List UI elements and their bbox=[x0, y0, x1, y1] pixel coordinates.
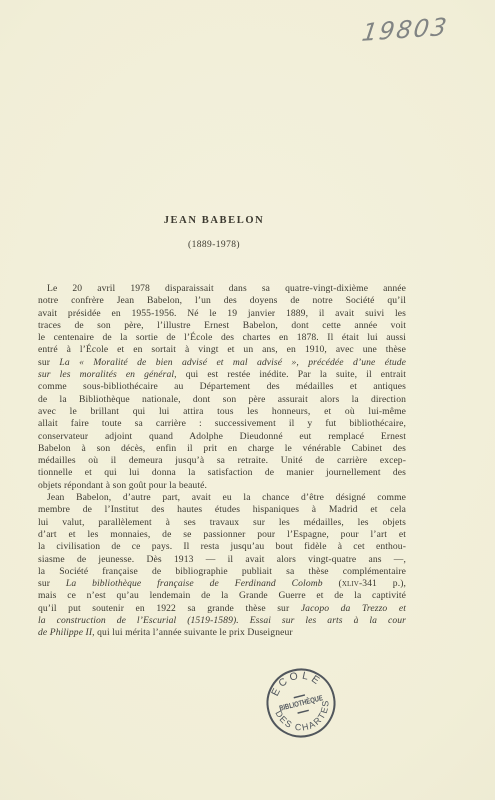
stamp-lower-dash bbox=[298, 710, 309, 713]
text-line: traces de son père, l’illustre Ernest Ba… bbox=[38, 320, 406, 332]
text-line: Babelon à son décès, enfin il prit en ch… bbox=[38, 443, 406, 455]
text-line: de Philippe II, qui lui mérita l’année s… bbox=[38, 627, 406, 639]
text-line: allait faire toute sa carrière : success… bbox=[38, 418, 406, 430]
scanned-page: 19803 JEAN BABELON (1889-1978) Le 20 avr… bbox=[0, 0, 495, 800]
text-line: sur La bibliothèque française de Ferdina… bbox=[38, 578, 406, 590]
inventory-number-handwritten: 19803 bbox=[360, 13, 444, 47]
text-line: la Société française de bibliographie pu… bbox=[38, 566, 406, 578]
article-title: JEAN BABELON bbox=[30, 215, 398, 226]
library-stamp: ECOLE BIBLIOTHÈQUE DES CHARTES bbox=[257, 659, 344, 746]
text-line: Jean Babelon, d’autre part, avait eu la … bbox=[38, 492, 406, 504]
text-line: lui valut, parallèlement à ses travaux s… bbox=[38, 517, 406, 529]
text-line: médailles où il demeura jusqu’à sa retra… bbox=[38, 455, 406, 467]
text-line: mais ce n’est qu’au lendemain de la Gran… bbox=[38, 590, 406, 602]
text-line: Le 20 avril 1978 disparaissait dans sa q… bbox=[38, 283, 406, 295]
text-line: comme sous-bibliothécaire au Département… bbox=[38, 381, 406, 393]
text-line: avait présidée en 1955-1956. Né le 19 ja… bbox=[38, 308, 406, 320]
text-line: notre confrère Jean Babelon, l’un des do… bbox=[38, 295, 406, 307]
text-line: conservateur adjoint quand Adolphe Dieud… bbox=[38, 431, 406, 443]
text-line: la construction de l’Escurial (1519-1589… bbox=[38, 615, 406, 627]
text-line: siasme de jeunesse. Dès 1913 — il avait … bbox=[38, 554, 406, 566]
article-body: Le 20 avril 1978 disparaissait dans sa q… bbox=[38, 283, 406, 640]
text-line: le centenaire de la sortie de l’École de… bbox=[38, 332, 406, 344]
text-line: sur les moralités en général, qui est re… bbox=[38, 369, 406, 381]
paragraph-2: Jean Babelon, d’autre part, avait eu la … bbox=[38, 492, 406, 640]
article-dates: (1889-1978) bbox=[30, 240, 398, 250]
text-line: d’art et les monnaies, de se passionner … bbox=[38, 529, 406, 541]
text-line: membre de l’Institut des hautes études h… bbox=[38, 504, 406, 516]
text-line: qu’il put soutenir en 1922 sa grande thè… bbox=[38, 603, 406, 615]
text-line: objets répondant à son goût pour la beau… bbox=[38, 480, 406, 492]
text-line: de la Bibliothèque nationale, dont son p… bbox=[38, 394, 406, 406]
paragraph-1: Le 20 avril 1978 disparaissait dans sa q… bbox=[38, 283, 406, 492]
text-line: la civilisation de ce pays. Il resta jus… bbox=[38, 541, 406, 553]
text-line: tionnelle et qui lui donna la satisfacti… bbox=[38, 467, 406, 479]
text-line: avec le brillant qui lui attira tous les… bbox=[38, 406, 406, 418]
text-line: entré à l’École et en sortait à vingt et… bbox=[38, 344, 406, 356]
text-line: sur La « Moralité de bien advisé et mal … bbox=[38, 357, 406, 369]
